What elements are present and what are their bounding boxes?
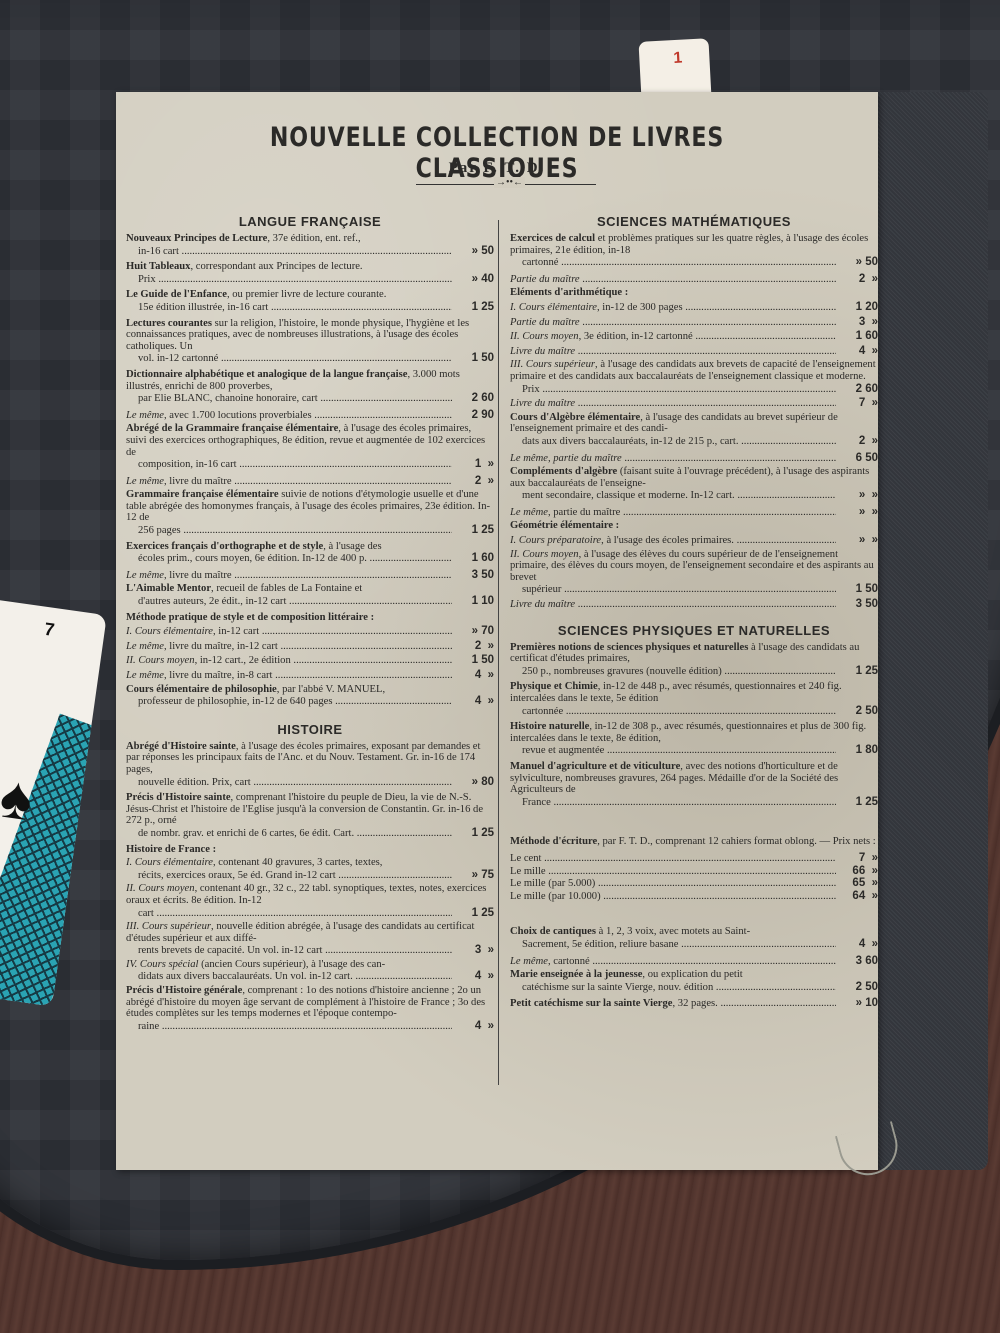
entry-lead: Le même, livre du maître [126, 570, 452, 582]
book-sub-entry: Le même, avec 1.700 locutions proverbial… [126, 409, 494, 422]
entry-lead: didats aux divers baccalauréats. Un vol.… [138, 971, 452, 983]
book-sub-entry: I. Cours élémentaire, in-12 de 300 pages… [510, 301, 878, 314]
entry-italic-label: I. Cours élémentaire [510, 302, 597, 313]
book-sub-entry: Le même, livre du maître2 » [126, 475, 494, 488]
price-line: Le même, livre du maître2 » [126, 475, 494, 488]
entry-price: 4 » [836, 938, 878, 950]
entry-price: 66 » [836, 865, 878, 877]
price-line: Le mille (par 10.000)64 » [510, 890, 878, 903]
entry-lead: cartonnée [522, 706, 836, 718]
price-line: nouvelle édition. Prix, cart» 80 [138, 776, 494, 789]
entry-price: 2 50 [836, 705, 878, 717]
entry-title: L'Aimable Mentor [126, 583, 211, 594]
entry-description: , recueil de fables de La Fontaine et [211, 583, 362, 594]
entry-italic-label: Le même [126, 670, 164, 681]
entry-first-line: Le Guide de l'Enfance, ou premier livre … [126, 289, 494, 301]
entry-price: 6 50 [836, 452, 878, 464]
entry-lead: I. Cours élémentaire, in-12 cart [126, 626, 452, 638]
entry-title: Petit catéchisme sur la sainte Vierge [510, 998, 673, 1009]
entry-italic-label: Le même, partie du maître [510, 453, 622, 464]
price-line: II. Cours moyen, in-12 cart., 2e édition… [126, 654, 494, 667]
price-line: catéchisme sur la sainte Vierge, nouv. é… [522, 981, 878, 994]
book-sub-entry: Livre du maître4 » [510, 345, 878, 358]
entry-first-line: Grammaire française élémentaire suivie d… [126, 489, 494, 524]
entry-price: 64 » [836, 890, 878, 902]
book-entry: Précis d'Histoire générale, comprenant :… [126, 985, 494, 1032]
entry-lead: par Elie BLANC, chanoine honoraire, cart [138, 393, 452, 405]
price-line: 256 pages1 25 [138, 524, 494, 537]
book-entry: Histoire naturelle, in-12 de 308 p., ave… [510, 721, 878, 757]
entry-price: 65 » [836, 877, 878, 889]
price-line: cart1 25 [138, 907, 494, 920]
book-sub-entry: I. Cours préparatoire, à l'usage des éco… [510, 534, 878, 547]
entry-lead: I. Cours élémentaire, in-12 de 300 pages [510, 302, 836, 314]
price-line: Le même, livre du maître, in-8 cart4 » [126, 669, 494, 682]
entry-price: 1 60 [836, 330, 878, 342]
entry-lead: Le même, livre du maître, in-12 cart [126, 641, 452, 653]
entry-lead: catéchisme sur la sainte Vierge, nouv. é… [522, 982, 836, 994]
price-line: didats aux divers baccalauréats. Un vol.… [138, 970, 494, 983]
book-entry: Cours d'Algèbre élémentaire, à l'usage d… [510, 412, 878, 448]
entry-lead: Prix [138, 274, 452, 286]
entry-lead: in-16 cart [138, 246, 452, 258]
entry-lead: Le même, livre du maître, in-8 cart [126, 670, 452, 682]
entry-lead: Le même, partie du maître [510, 507, 836, 519]
entry-title: Lectures courantes [126, 318, 212, 329]
entry-lead: 250 p., nombreuses gravures (nouvelle éd… [522, 666, 836, 678]
entry-price: 1 25 [452, 301, 494, 313]
entry-italic-label: IV. Cours spécial [126, 959, 199, 970]
entry-first-line: IV. Cours spécial (ancien Cours supérieu… [126, 959, 494, 971]
price-line: I. Cours élémentaire, in-12 de 300 pages… [510, 301, 878, 314]
book-entry: Manuel d'agriculture et de viticulture, … [510, 761, 878, 808]
book-back-cover: NOUVELLE COLLECTION DE LIVRES CLASSIQUES… [116, 92, 878, 1170]
price-line: composition, in-16 cart1 » [138, 458, 494, 471]
entry-price: » » [836, 489, 878, 501]
author-byline: Par F. T. D. [116, 160, 878, 177]
book-sub-entry: II. Cours moyen, in-12 cart., 2e édition… [126, 654, 494, 667]
entry-first-line: Marie enseignée à la jeunesse, ou explic… [510, 969, 878, 981]
entry-first-line: L'Aimable Mentor, recueil de fables de L… [126, 583, 494, 595]
methode-ecriture-entry: Méthode d'écriture, par F. T. D., compre… [510, 836, 878, 848]
entry-price: 3 » [836, 316, 878, 328]
entry-first-line: Précis d'Histoire générale, comprenant :… [126, 985, 494, 1020]
price-line: raine4 » [138, 1020, 494, 1033]
price-line: supérieur1 50 [522, 583, 878, 596]
entry-italic-label: Le même [126, 476, 164, 487]
entry-lead: Prix [522, 384, 836, 396]
entry-lead: Partie du maître [510, 317, 836, 329]
entry-description: , ou explication du petit [642, 969, 742, 980]
price-line: revue et augmentée1 80 [522, 744, 878, 757]
entry-first-line: Compléments d'algèbre (faisant suite à l… [510, 466, 878, 489]
price-line: rents brevets de capacité. Un vol. in-12… [138, 944, 494, 957]
entry-lead: Le mille (par 10.000) [510, 891, 836, 903]
price-line: professeur de philosophie, in-12 de 640 … [138, 695, 494, 708]
entry-price: 1 50 [452, 654, 494, 666]
entry-first-line: Choix de cantiques à 1, 2, 3 voix, avec … [510, 926, 878, 938]
entry-title: Méthode d'écriture [510, 836, 597, 847]
book-sub-entry: Le même, livre du maître, in-8 cart4 » [126, 669, 494, 682]
price-line: Le même, partie du maître6 50 [510, 452, 878, 465]
religion-list: Choix de cantiques à 1, 2, 3 voix, avec … [510, 926, 878, 1010]
book-sub-entry: Livre du maître7 » [510, 397, 878, 410]
entry-first-line: I. Cours élémentaire, contenant 40 gravu… [126, 857, 494, 869]
entry-title: Dictionnaire alphabétique et analogique … [126, 369, 407, 380]
entry-italic-label: Le même [126, 641, 164, 652]
entry-lead: Le même, avec 1.700 locutions proverbial… [126, 410, 452, 422]
book-sub-entry: III. Cours supérieur, nouvelle édition a… [126, 921, 494, 957]
entry-italic-label: I. Cours élémentaire [126, 857, 213, 868]
entry-title: Abrégé de la Grammaire française élément… [126, 423, 338, 434]
price-line: in-16 cart» 50 [138, 245, 494, 258]
price-line: Prix2 60 [522, 383, 878, 396]
subsection-label: Géométrie élémentaire : [510, 520, 878, 532]
price-line: Partie du maître3 » [510, 316, 878, 329]
book-entry: Huit Tableaux, correspondant aux Princip… [126, 261, 494, 285]
entry-lead: ment secondaire, classique et moderne. I… [522, 490, 836, 502]
entry-italic-label: I. Cours élémentaire [126, 626, 213, 637]
book-sub-entry: Le même, partie du maître» » [510, 506, 878, 519]
entry-price: » 10 [836, 997, 878, 1009]
price-line: Partie du maître2 » [510, 273, 878, 286]
entry-lead: nouvelle édition. Prix, cart [138, 777, 452, 789]
entry-title: Précis d'Histoire sainte [126, 792, 231, 803]
book-sub-entry: I. Cours élémentaire, in-12 cart» 70 [126, 625, 494, 638]
ornament-divider: →••← [416, 184, 596, 185]
entry-lead: 15e édition illustrée, in-16 cart [138, 302, 452, 314]
entry-price: 1 » [452, 458, 494, 470]
price-line: Le mille66 » [510, 865, 878, 878]
entry-first-line: Nouveaux Principes de Lecture, 37e éditi… [126, 233, 494, 245]
entry-first-line: Histoire naturelle, in-12 de 308 p., ave… [510, 721, 878, 744]
entry-italic-label: Le même [510, 507, 548, 518]
entry-title: Exercices français d'orthographe et de s… [126, 541, 323, 552]
price-line: Prix» 40 [138, 273, 494, 286]
entry-first-line: Cours élémentaire de philosophie, par l'… [126, 684, 494, 696]
book-entry: Premières notions de sciences physiques … [510, 642, 878, 678]
entry-first-line: Premières notions de sciences physiques … [510, 642, 878, 665]
entry-lead: Partie du maître [510, 274, 836, 286]
entry-lead: supérieur [522, 584, 836, 596]
book-sub-entry: II. Cours moyen, à l'usage des élèves du… [510, 549, 878, 596]
entry-lead: écoles prim., cours moyen, 6e édition. I… [138, 553, 452, 565]
subsection-label: Histoire de France : [126, 844, 494, 856]
entry-lead: raine [138, 1021, 452, 1033]
section-heading-sciences-physiques: SCIENCES PHYSIQUES ET NATURELLES [510, 623, 878, 638]
entry-first-line: Exercices de calcul et problèmes pratiqu… [510, 233, 878, 256]
entry-lead: Livre du maître [510, 346, 836, 358]
book-entry: Abrégé d'Histoire sainte, à l'usage des … [126, 741, 494, 788]
entry-lead: cartonné [522, 257, 836, 269]
subsection-label: Méthode pratique de style et de composit… [126, 612, 494, 624]
price-line: écoles prim., cours moyen, 6e édition. I… [138, 552, 494, 565]
entry-description: , 37e édition, ent. ref., [267, 233, 360, 244]
entry-first-line: Manuel d'agriculture et de viticulture, … [510, 761, 878, 796]
entry-price: 2 » [836, 435, 878, 447]
price-line: 250 p., nombreuses gravures (nouvelle éd… [522, 665, 878, 678]
entry-italic-label: Partie du maître [510, 274, 580, 285]
entry-price: 1 25 [452, 907, 494, 919]
price-line: Petit catéchisme sur la sainte Vierge, 3… [510, 997, 878, 1010]
entry-first-line: Physique et Chimie, in-12 de 448 p., ave… [510, 681, 878, 704]
book-sub-entry: Livre du maître3 50 [510, 598, 878, 611]
book-entry: Dictionnaire alphabétique et analogique … [126, 369, 494, 405]
histoire-list: Abrégé d'Histoire sainte, à l'usage des … [126, 741, 494, 1033]
book-sub-entry: Le même, livre du maître, in-12 cart2 » [126, 640, 494, 653]
entry-description: à 1, 2, 3 voix, avec motets au Saint- [596, 926, 750, 937]
entry-price: 1 50 [836, 583, 878, 595]
price-line: Le même, cartonné3 60 [510, 955, 878, 968]
entry-lead: II. Cours moyen, 3e édition, in-12 carto… [510, 331, 836, 343]
entry-italic-label: I. Cours préparatoire [510, 535, 601, 546]
entry-description: , par F. T. D., comprenant 12 cahiers fo… [597, 836, 876, 847]
entry-description: , par l'abbé V. MANUEL, [277, 684, 385, 695]
price-line: ment secondaire, classique et moderne. I… [522, 489, 878, 502]
entry-italic-label: Livre du maître [510, 599, 575, 610]
entry-lead: cart [138, 908, 452, 920]
entry-title: Exercices de calcul [510, 233, 595, 244]
card-index: 1 [673, 50, 683, 68]
entry-price: » 75 [452, 869, 494, 881]
entry-lead: France [522, 797, 836, 809]
price-line: vol. in-12 cartonné1 50 [138, 352, 494, 365]
book-entry: Compléments d'algèbre (faisant suite à l… [510, 466, 878, 502]
entry-price: 2 » [452, 640, 494, 652]
book-sub-entry: Partie du maître3 » [510, 316, 878, 329]
entry-title: Abrégé d'Histoire sainte [126, 741, 236, 752]
book-entry: Physique et Chimie, in-12 de 448 p., ave… [510, 681, 878, 717]
book-entry: Petit catéchisme sur la sainte Vierge, 3… [510, 997, 878, 1010]
entry-price: 1 20 [836, 301, 878, 313]
sciences-physiques-list: Premières notions de sciences physiques … [510, 642, 878, 809]
price-line: cartonnée2 50 [522, 705, 878, 718]
entry-title: Choix de cantiques [510, 926, 596, 937]
entry-italic-label: II. Cours moyen [126, 655, 195, 666]
price-line: 15e édition illustrée, in-16 cart1 25 [138, 301, 494, 314]
entry-lead: 256 pages [138, 525, 452, 537]
entry-price: 2 50 [836, 981, 878, 993]
price-line: cartonné» 50 [522, 256, 878, 269]
entry-title: Marie enseignée à la jeunesse [510, 969, 642, 980]
price-line: d'autres auteurs, 2e édit., in-12 cart1 … [138, 595, 494, 608]
entry-price: 4 » [452, 669, 494, 681]
entry-price: 2 60 [452, 392, 494, 404]
price-line: I. Cours préparatoire, à l'usage des éco… [510, 534, 878, 547]
entry-price: » » [836, 506, 878, 518]
entry-italic-label: II. Cours moyen [126, 883, 195, 894]
price-line: récits, exercices oraux, 5e éd. Grand in… [138, 869, 494, 882]
entry-italic-label: Partie du maître [510, 317, 580, 328]
entry-lead: récits, exercices oraux, 5e éd. Grand in… [138, 870, 452, 882]
entry-lead: Le même, partie du maître [510, 453, 836, 465]
entry-lead: vol. in-12 cartonné [138, 353, 452, 365]
langue-francaise-list: Nouveaux Principes de Lecture, 37e éditi… [126, 233, 494, 708]
entry-price: » 80 [452, 776, 494, 788]
entry-italic-label: Le même [126, 410, 164, 421]
book-entry: Exercices de calcul et problèmes pratiqu… [510, 233, 878, 269]
entry-italic-label: Le même [126, 570, 164, 581]
entry-description: , correspondant aux Principes de lecture… [190, 261, 362, 272]
entry-lead: rents brevets de capacité. Un vol. in-12… [138, 945, 452, 957]
entry-first-line: II. Cours moyen, contenant 40 gr., 32 c.… [126, 883, 494, 906]
entry-italic-label: III. Cours supérieur [510, 359, 595, 370]
book-entry: Grammaire française élémentaire suivie d… [126, 489, 494, 536]
entry-price: 1 50 [452, 352, 494, 364]
book-entry: Nouveaux Principes de Lecture, 37e éditi… [126, 233, 494, 257]
entry-first-line: Exercices français d'orthographe et de s… [126, 541, 494, 553]
book-sub-entry: Partie du maître2 » [510, 273, 878, 286]
entry-price: 3 50 [452, 569, 494, 581]
entry-first-line: Huit Tableaux, correspondant aux Princip… [126, 261, 494, 273]
entry-price: 3 50 [836, 598, 878, 610]
price-line: Livre du maître3 50 [510, 598, 878, 611]
entry-lead: I. Cours préparatoire, à l'usage des éco… [510, 535, 836, 547]
book-entry: Abrégé de la Grammaire française élément… [126, 423, 494, 470]
entry-lead: composition, in-16 cart [138, 459, 452, 471]
price-line: dats aux divers baccalauréats, in-12 de … [522, 435, 878, 448]
entry-title: Le Guide de l'Enfance [126, 289, 227, 300]
card-index: 7 [43, 619, 56, 641]
entry-price: 7 » [836, 397, 878, 409]
section-heading-langue-francaise: LANGUE FRANÇAISE [126, 214, 494, 229]
price-line: de nombr. grav. et enrichi de 6 cartes, … [138, 827, 494, 840]
book-entry: Cours élémentaire de philosophie, par l'… [126, 684, 494, 708]
book-sub-entry: II. Cours moyen, 3e édition, in-12 carto… [510, 330, 878, 343]
entry-price: 1 10 [452, 595, 494, 607]
entry-price: 2 60 [836, 383, 878, 395]
entry-price: 1 80 [836, 744, 878, 756]
entry-italic-label: Le même [510, 956, 548, 967]
entry-lead: II. Cours moyen, in-12 cart., 2e édition [126, 655, 452, 667]
entry-title: Huit Tableaux [126, 261, 190, 272]
entry-price: 4 » [452, 970, 494, 982]
entry-title: Compléments d'algèbre [510, 466, 617, 477]
price-line: par Elie BLANC, chanoine honoraire, cart… [138, 392, 494, 405]
price-line: Le même, livre du maître3 50 [126, 569, 494, 582]
entry-first-line: Dictionnaire alphabétique et analogique … [126, 369, 494, 392]
entry-lead: Le mille [510, 866, 836, 878]
entry-lead: Le cent [510, 853, 836, 865]
entry-title: Physique et Chimie [510, 681, 598, 692]
book-sub-entry: IV. Cours spécial (ancien Cours supérieu… [126, 959, 494, 983]
entry-first-line: Abrégé de la Grammaire française élément… [126, 423, 494, 458]
column-divider [498, 220, 499, 1085]
entry-first-line: II. Cours moyen, à l'usage des élèves du… [510, 549, 878, 584]
entry-title: Manuel d'agriculture et de viticulture [510, 761, 680, 772]
entry-lead: d'autres auteurs, 2e édit., in-12 cart [138, 596, 452, 608]
entry-lead: revue et augmentée [522, 745, 836, 757]
price-line: Sacrement, 5e édition, reliure basane4 » [522, 938, 878, 951]
entry-price: 3 » [452, 944, 494, 956]
price-line: Le même, livre du maître, in-12 cart2 » [126, 640, 494, 653]
section-heading-histoire: HISTOIRE [126, 722, 494, 737]
book-entry: Choix de cantiques à 1, 2, 3 voix, avec … [510, 926, 878, 950]
entry-title: Histoire naturelle [510, 721, 589, 732]
ornament-icon: →••← [494, 177, 525, 188]
entry-price: 1 25 [836, 665, 878, 677]
entry-first-line: III. Cours supérieur, nouvelle édition a… [126, 921, 494, 944]
entry-price: 2 90 [452, 409, 494, 421]
entry-price: » 50 [452, 245, 494, 257]
entry-price: 7 » [836, 852, 878, 864]
entry-lead: de nombr. grav. et enrichi de 6 cartes, … [138, 828, 452, 840]
entry-price: 4 » [452, 1020, 494, 1032]
price-line: I. Cours élémentaire, in-12 cart» 70 [126, 625, 494, 638]
entry-italic-label: Livre du maître [510, 346, 575, 357]
price-line: Le cent7 » [510, 852, 878, 865]
entry-price: 4 » [452, 695, 494, 707]
entry-description: , à l'usage des [323, 541, 381, 552]
price-line: Livre du maître7 » [510, 397, 878, 410]
entry-price: 1 25 [836, 796, 878, 808]
entry-first-line: Abrégé d'Histoire sainte, à l'usage des … [126, 741, 494, 776]
entry-lead: dats aux divers baccalauréats, in-12 de … [522, 436, 836, 448]
price-line: Le même, partie du maître» » [510, 506, 878, 519]
book-sub-entry: III. Cours supérieur, à l'usage des cand… [510, 359, 878, 395]
entry-title: Nouveaux Principes de Lecture [126, 233, 267, 244]
entry-lead: Le mille (par 5.000) [510, 878, 836, 890]
entry-first-line: Précis d'Histoire sainte, comprenant l'h… [126, 792, 494, 827]
book-entry: Exercices français d'orthographe et de s… [126, 541, 494, 565]
price-line: France1 25 [522, 796, 878, 809]
book-entry: Le Guide de l'Enfance, ou premier livre … [126, 289, 494, 313]
sciences-mathematiques-list: Exercices de calcul et problèmes pratiqu… [510, 233, 878, 611]
entry-price: 4 » [836, 345, 878, 357]
entry-price: » 40 [452, 273, 494, 285]
price-line: Le mille (par 5.000)65 » [510, 877, 878, 890]
entry-italic-label: II. Cours moyen [510, 331, 579, 342]
entry-price: » 50 [836, 256, 878, 268]
entry-italic-label: Livre du maître [510, 398, 575, 409]
entry-italic-label: III. Cours supérieur [126, 921, 211, 932]
entry-description: (ancien Cours supérieur), à l'usage des … [199, 959, 386, 970]
book-sub-entry: Le même, cartonné3 60 [510, 955, 878, 968]
entry-lead: Petit catéchisme sur la sainte Vierge, 3… [510, 998, 836, 1010]
entry-price: 2 » [452, 475, 494, 487]
entry-lead: professeur de philosophie, in-12 de 640 … [138, 696, 452, 708]
section-heading-sciences-mathematiques: SCIENCES MATHÉMATIQUES [510, 214, 878, 229]
left-column: LANGUE FRANÇAISE Nouveaux Principes de L… [126, 214, 494, 1036]
right-column: SCIENCES MATHÉMATIQUES Exercices de calc… [510, 214, 878, 1014]
entry-description: , ou premier livre de lecture courante. [227, 289, 386, 300]
entry-first-line: III. Cours supérieur, à l'usage des cand… [510, 359, 878, 382]
entry-title: Grammaire française élémentaire [126, 489, 279, 500]
entry-price: » » [836, 534, 878, 546]
entry-price: 1 25 [452, 827, 494, 839]
book-entry: Marie enseignée à la jeunesse, ou explic… [510, 969, 878, 993]
entry-description: , contenant 40 gravures, 3 cartes, texte… [213, 857, 382, 868]
price-line: Le même, avec 1.700 locutions proverbial… [126, 409, 494, 422]
entry-italic-label: II. Cours moyen [510, 549, 579, 560]
entry-lead: Sacrement, 5e édition, reliure basane [522, 939, 836, 951]
entry-lead: Livre du maître [510, 398, 836, 410]
entry-lead: Le même, livre du maître [126, 476, 452, 488]
entry-price: 1 25 [452, 524, 494, 536]
methode-ecriture-prices: Le cent7 »Le mille66 »Le mille (par 5.00… [510, 852, 878, 902]
book-sub-entry: I. Cours élémentaire, contenant 40 gravu… [126, 857, 494, 881]
entry-first-line: Cours d'Algèbre élémentaire, à l'usage d… [510, 412, 878, 435]
entry-title: Précis d'Histoire générale [126, 985, 242, 996]
entry-lead: Le même, cartonné [510, 956, 836, 968]
book-sub-entry: Le même, partie du maître6 50 [510, 452, 878, 465]
entry-title: Cours d'Algèbre élémentaire [510, 412, 640, 423]
entry-price: » 70 [452, 625, 494, 637]
price-line: Livre du maître4 » [510, 345, 878, 358]
entry-price: 1 60 [452, 552, 494, 564]
book-entry: Lectures courantes sur la religion, l'hi… [126, 318, 494, 365]
book-entry: L'Aimable Mentor, recueil de fables de L… [126, 583, 494, 607]
